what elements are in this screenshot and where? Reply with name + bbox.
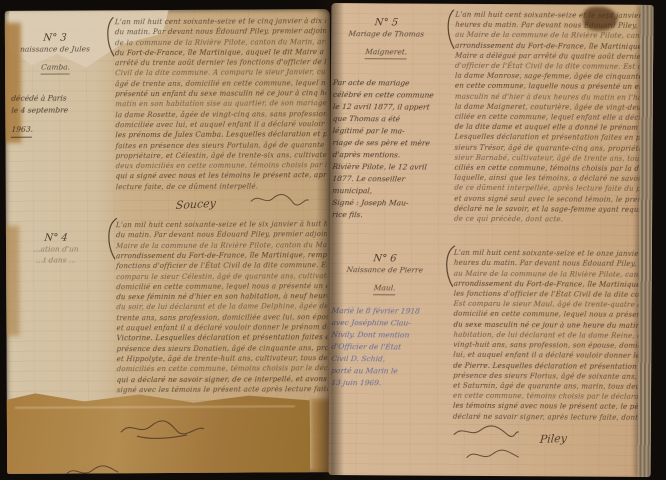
margin-mention-mariage: Par acte de mariagecélébré en cette comm…: [332, 77, 439, 222]
page-edge-stack: [638, 5, 654, 477]
right-margin-column: N° 5 Mariage de ThomasMaigneret. Par act…: [331, 3, 444, 470]
act-number: N° 5: [333, 17, 440, 29]
signature-paraphe-icon: [117, 418, 207, 440]
book-scan: N° 3 naissance de JulesCamba. décédé à P…: [0, 0, 666, 480]
record-act-6: L'an mil huit cent soixante-seize et le …: [443, 248, 646, 423]
record-act-5: L'an mil huit cent soixante-seize et le …: [444, 10, 647, 225]
bottom-signature-row: [117, 418, 207, 474]
signature-soucey: Soucey: [175, 197, 216, 212]
left-margin-column: N° 3 naissance de JulesCamba. décédé à P…: [11, 10, 105, 470]
signature-piley: Piley: [539, 431, 567, 445]
record-separator: [444, 224, 646, 249]
signature-paraphe-icon: [465, 446, 521, 466]
margin-note-5: N° 5 Mariage de ThomasMaigneret.: [333, 17, 439, 60]
right-page: N° 5 Mariage de ThomasMaigneret. Par act…: [329, 3, 654, 477]
signature-paraphe-icon: [62, 458, 122, 474]
act-number: N° 6: [331, 253, 438, 265]
right-body-column: L'an mil huit cent soixante-seize et le …: [443, 10, 648, 473]
left-body-column: L'an mil huit cent soixante-seize et le …: [105, 16, 328, 469]
record-act-4: L'an mil huit cent soixante-seize et le …: [106, 219, 328, 395]
margin-note-3: N° 3 naissance de JulesCamba.: [11, 32, 99, 74]
margin-note-4: N° 4 ...ation d'un...t dans ...: [12, 232, 100, 265]
record-act-3: L'an mil huit cent soixante-seize et le …: [105, 16, 327, 192]
margin-note-6: N° 6 Naissance de PierreMaul.: [332, 253, 438, 296]
signature-paraphe-icon: [249, 191, 311, 207]
margin-annotation-deces: décédé à Parisle 4 septembre1963.: [11, 92, 99, 137]
signature-row: Piley: [443, 421, 645, 450]
act-number: N° 4: [11, 232, 100, 243]
act-number: N° 3: [10, 32, 99, 43]
signature-row: Soucey: [106, 191, 327, 220]
signature-paraphe-icon: [451, 421, 521, 441]
margin-annotation-mariage-1969: Marié le 8 février 1918avec Joséphine Cl…: [331, 305, 438, 390]
left-page: N° 3 naissance de JulesCamba. décédé à P…: [5, 9, 332, 474]
